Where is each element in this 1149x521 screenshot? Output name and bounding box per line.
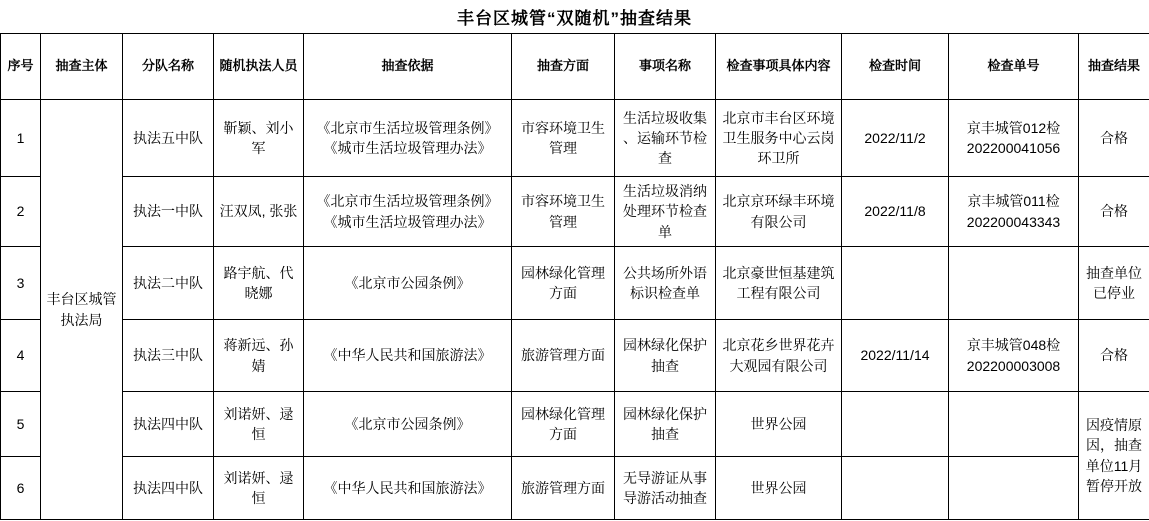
cell-doc-no	[949, 457, 1079, 520]
column-header-seq: 序号	[1, 34, 41, 100]
table-row: 1 丰台区城管执法局 执法五中队 靳颖、刘小军 《北京市生活垃圾管理条例》 《城…	[1, 100, 1149, 177]
cell-date: 2022/11/14	[842, 320, 949, 392]
cell-officers: 蒋新远、孙婧	[214, 320, 304, 392]
cell-date	[842, 392, 949, 457]
cell-date	[842, 457, 949, 520]
cell-result: 因疫情原因，抽查单位11月暂停开放	[1079, 392, 1149, 520]
cell-officers: 靳颖、刘小军	[214, 100, 304, 177]
cell-seq: 1	[1, 100, 41, 177]
cell-item: 园林绿化保护抽查	[615, 320, 716, 392]
column-header-target: 检查事项具体内容	[716, 34, 842, 100]
cell-seq: 4	[1, 320, 41, 392]
cell-team: 执法四中队	[123, 457, 214, 520]
cell-result: 合格	[1079, 100, 1149, 177]
column-header-item: 事项名称	[615, 34, 716, 100]
column-header-subject: 抽查主体	[41, 34, 123, 100]
cell-seq: 3	[1, 247, 41, 320]
column-header-date: 检查时间	[842, 34, 949, 100]
cell-doc-no	[949, 392, 1079, 457]
page-title: 丰台区城管“双随机”抽查结果	[0, 0, 1149, 33]
cell-seq: 6	[1, 457, 41, 520]
cell-doc-no	[949, 247, 1079, 320]
header-row: 序号 抽查主体 分队名称 随机执法人员 抽查依据 抽查方面 事项名称 检查事项具…	[1, 34, 1149, 100]
cell-aspect: 市容环境卫生管理	[512, 177, 615, 247]
column-header-doc-no: 检查单号	[949, 34, 1079, 100]
cell-target: 北京花乡世界花卉大观园有限公司	[716, 320, 842, 392]
cell-doc-no: 京丰城管012检 202200041056	[949, 100, 1079, 177]
cell-team: 执法四中队	[123, 392, 214, 457]
table-row: 4 执法三中队 蒋新远、孙婧 《中华人民共和国旅游法》 旅游管理方面 园林绿化保…	[1, 320, 1149, 392]
cell-basis: 《北京市公园条例》	[304, 247, 512, 320]
cell-basis: 《北京市公园条例》	[304, 392, 512, 457]
cell-item: 公共场所外语标识检查单	[615, 247, 716, 320]
cell-target: 北京豪世恒基建筑工程有限公司	[716, 247, 842, 320]
table-row: 6 执法四中队 刘诺妍、逯恒 《中华人民共和国旅游法》 旅游管理方面 无导游证从…	[1, 457, 1149, 520]
cell-officers: 汪双凤, 张张	[214, 177, 304, 247]
cell-target: 世界公园	[716, 457, 842, 520]
cell-aspect: 园林绿化管理方面	[512, 247, 615, 320]
cell-result: 抽查单位已停业	[1079, 247, 1149, 320]
cell-item: 园林绿化保护抽查	[615, 392, 716, 457]
cell-team: 执法一中队	[123, 177, 214, 247]
cell-date	[842, 247, 949, 320]
inspection-results-table: 序号 抽查主体 分队名称 随机执法人员 抽查依据 抽查方面 事项名称 检查事项具…	[0, 33, 1149, 520]
column-header-result: 抽查结果	[1079, 34, 1149, 100]
cell-item: 无导游证从事导游活动抽查	[615, 457, 716, 520]
column-header-basis: 抽查依据	[304, 34, 512, 100]
cell-basis: 《中华人民共和国旅游法》	[304, 457, 512, 520]
cell-result: 合格	[1079, 177, 1149, 247]
cell-result: 合格	[1079, 320, 1149, 392]
cell-officers: 刘诺妍、逯恒	[214, 457, 304, 520]
cell-basis: 《中华人民共和国旅游法》	[304, 320, 512, 392]
cell-date: 2022/11/8	[842, 177, 949, 247]
cell-item: 生活垃圾收集、运输环节检查	[615, 100, 716, 177]
cell-officers: 刘诺妍、逯恒	[214, 392, 304, 457]
cell-subject: 丰台区城管执法局	[41, 100, 123, 520]
cell-seq: 5	[1, 392, 41, 457]
cell-date: 2022/11/2	[842, 100, 949, 177]
table-row: 3 执法二中队 路宇航、代晓娜 《北京市公园条例》 园林绿化管理方面 公共场所外…	[1, 247, 1149, 320]
table-row: 5 执法四中队 刘诺妍、逯恒 《北京市公园条例》 园林绿化管理方面 园林绿化保护…	[1, 392, 1149, 457]
cell-aspect: 旅游管理方面	[512, 320, 615, 392]
cell-seq: 2	[1, 177, 41, 247]
cell-team: 执法二中队	[123, 247, 214, 320]
cell-aspect: 旅游管理方面	[512, 457, 615, 520]
cell-item: 生活垃圾消纳处理环节检查单	[615, 177, 716, 247]
cell-team: 执法三中队	[123, 320, 214, 392]
cell-doc-no: 京丰城管048检 202200003008	[949, 320, 1079, 392]
cell-team: 执法五中队	[123, 100, 214, 177]
column-header-aspect: 抽查方面	[512, 34, 615, 100]
cell-officers: 路宇航、代晓娜	[214, 247, 304, 320]
cell-aspect: 园林绿化管理方面	[512, 392, 615, 457]
cell-basis: 《北京市生活垃圾管理条例》 《城市生活垃圾管理办法》	[304, 177, 512, 247]
cell-target: 北京市丰台区环境卫生服务中心云岗环卫所	[716, 100, 842, 177]
cell-target: 北京京环绿丰环境有限公司	[716, 177, 842, 247]
column-header-officers: 随机执法人员	[214, 34, 304, 100]
table-row: 2 执法一中队 汪双凤, 张张 《北京市生活垃圾管理条例》 《城市生活垃圾管理办…	[1, 177, 1149, 247]
cell-aspect: 市容环境卫生管理	[512, 100, 615, 177]
cell-basis: 《北京市生活垃圾管理条例》 《城市生活垃圾管理办法》	[304, 100, 512, 177]
spreadsheet-page: 丰台区城管“双随机”抽查结果 序号 抽查主体 分队名称 随机执法人员 抽查依据 …	[0, 0, 1149, 521]
cell-target: 世界公园	[716, 392, 842, 457]
cell-doc-no: 京丰城管011检 202200043343	[949, 177, 1079, 247]
column-header-team: 分队名称	[123, 34, 214, 100]
